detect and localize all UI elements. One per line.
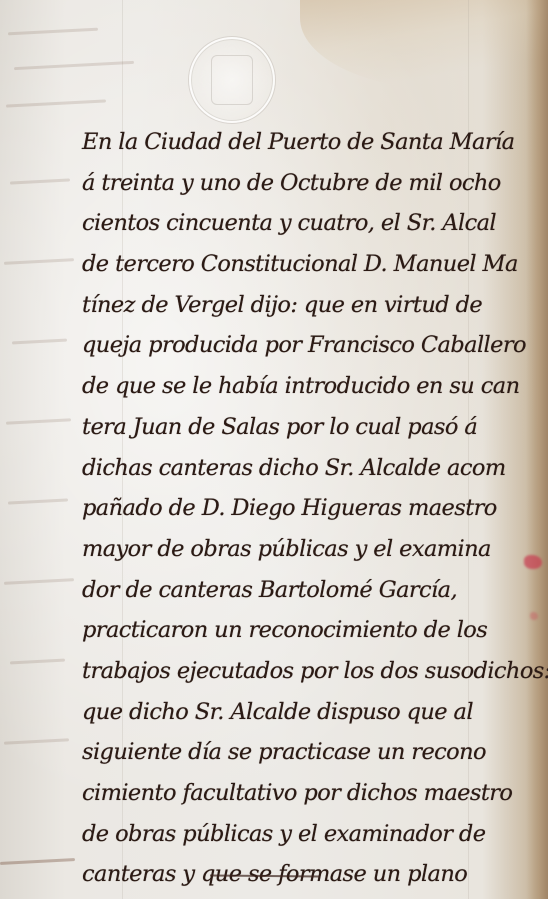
manuscript-line: cientos cincuenta y cuatro, el Sr. Alcal: [82, 203, 542, 244]
bleed-through-mark: [10, 659, 65, 665]
manuscript-line: que dicho Sr. Alcalde dispuso que al: [82, 692, 542, 733]
manuscript-text: En la Ciudad del Puerto de Santa María á…: [82, 122, 542, 895]
water-stain-top: [300, 0, 548, 90]
bleed-through-mark: [0, 858, 75, 865]
manuscript-line: de que se le había introducido en su can: [82, 366, 542, 407]
manuscript-line: á treinta y uno de Octubre de mil ocho: [82, 163, 542, 204]
manuscript-line: de tercero Constitucional D. Manuel Ma: [82, 244, 542, 285]
bleed-through-mark: [4, 738, 69, 744]
manuscript-line: mayor de obras públicas y el examina: [82, 529, 542, 570]
manuscript-line: tínez de Vergel dijo: que en virtud de: [82, 285, 542, 326]
seal-crest: [211, 55, 253, 105]
bleed-through-mark: [10, 178, 70, 184]
manuscript-line: cimiento facultativo por dichos maestro: [82, 773, 542, 814]
manuscript-line: pañado de D. Diego Higueras maestro: [82, 488, 542, 529]
manuscript-line: tera Juan de Salas por lo cual pasó á: [82, 407, 542, 448]
bleed-through-mark: [6, 99, 106, 107]
embossed-seal-icon: [189, 37, 275, 123]
bleed-through-mark: [8, 28, 98, 36]
bleed-through-mark: [4, 258, 74, 265]
bleed-through-mark: [8, 498, 68, 504]
manuscript-page: En la Ciudad del Puerto de Santa María á…: [0, 0, 548, 899]
manuscript-line: de obras públicas y el examinador de: [82, 814, 542, 855]
manuscript-line: dichas canteras dicho Sr. Alcalde acom: [82, 448, 542, 489]
bleed-through-mark: [6, 418, 71, 424]
bleed-through-mark: [4, 578, 74, 585]
manuscript-line: En la Ciudad del Puerto de Santa María: [82, 122, 542, 163]
manuscript-line: siguiente día se practicase un recono: [82, 732, 542, 773]
bleed-through-mark: [14, 61, 134, 70]
manuscript-line: queja producida por Francisco Caballero: [82, 325, 542, 366]
manuscript-line: trabajos ejecutados por los dos susodich…: [82, 651, 542, 692]
manuscript-line: dor de canteras Bartolomé García,: [82, 570, 542, 611]
manuscript-line: practicaron un reconocimiento de los: [82, 610, 542, 651]
bleed-through-mark: [12, 339, 67, 345]
